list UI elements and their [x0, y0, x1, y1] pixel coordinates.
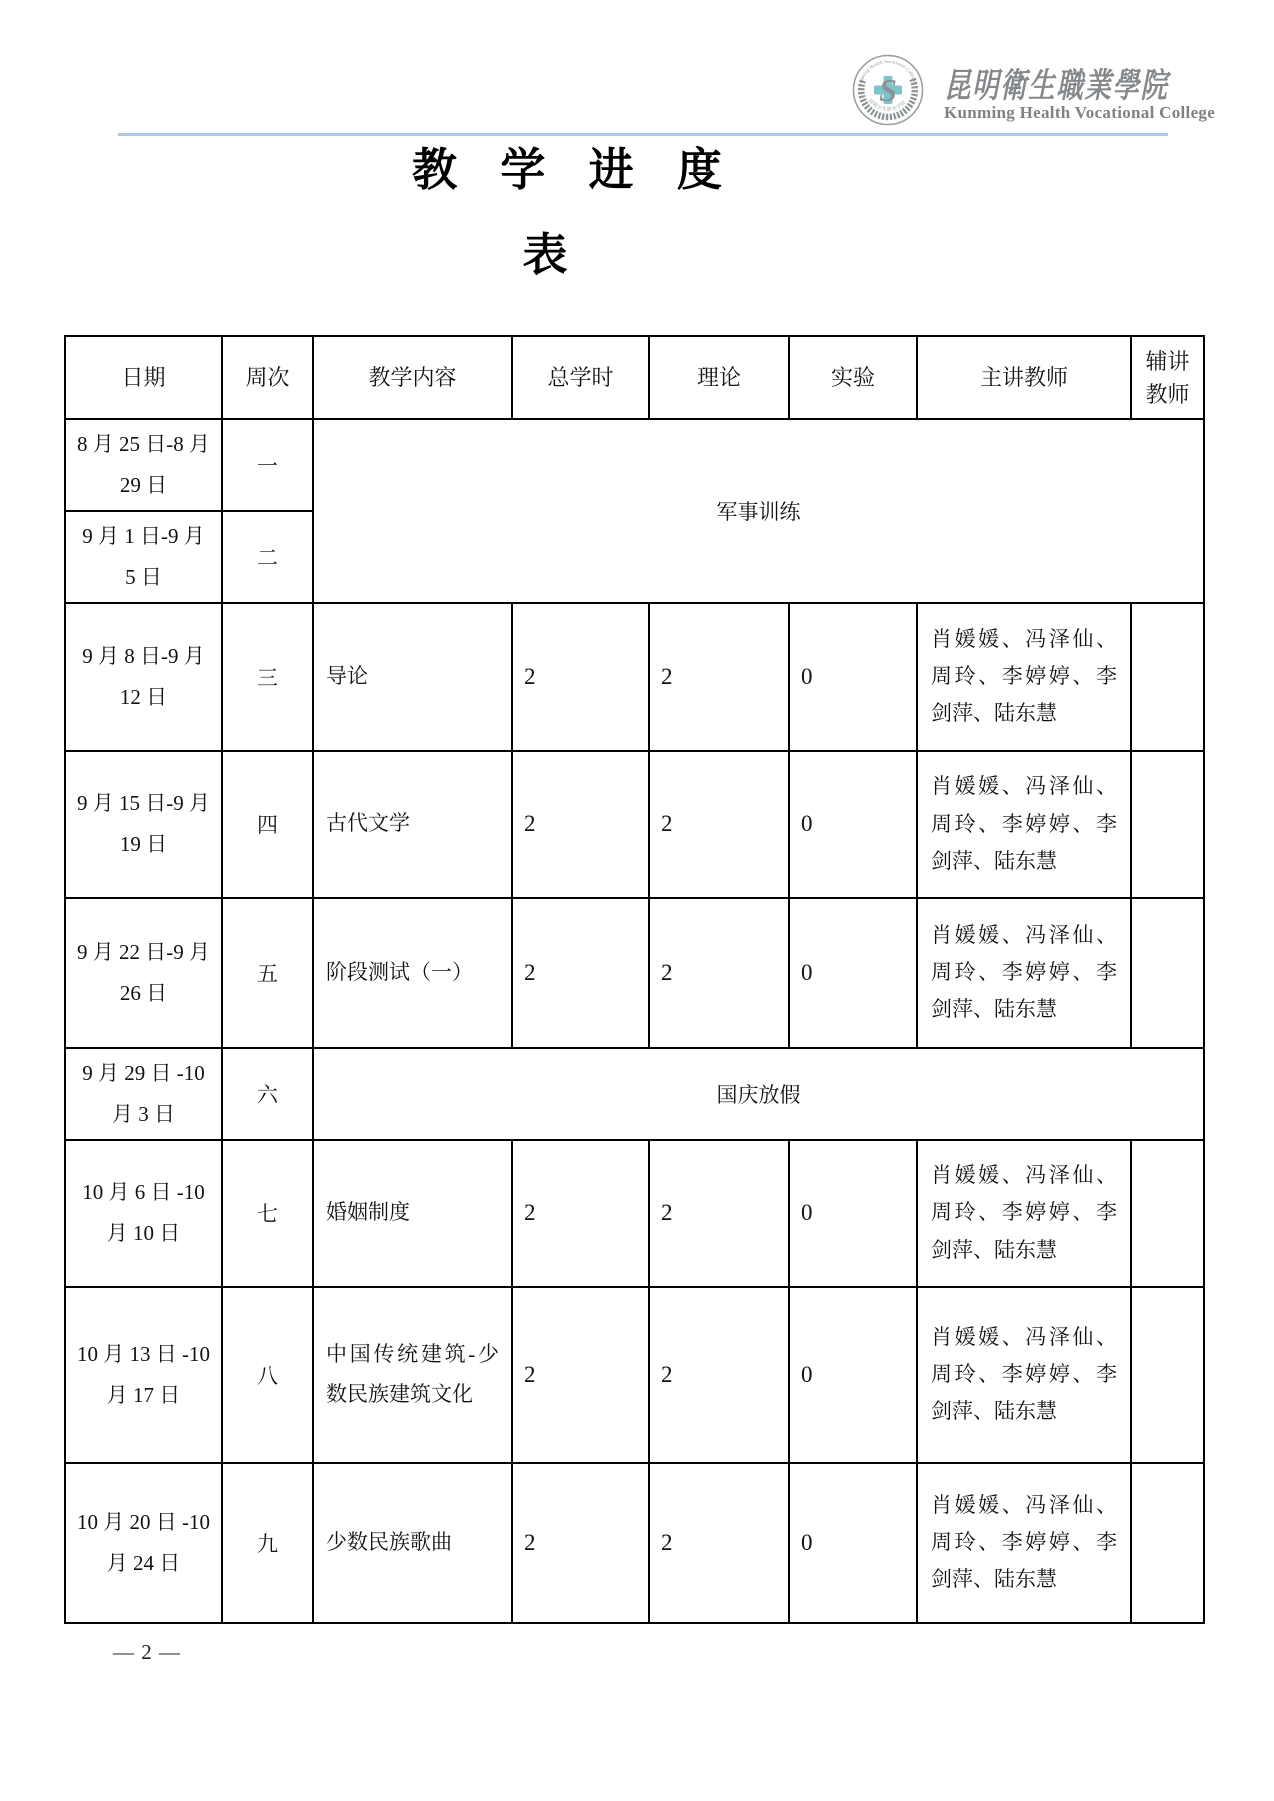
week-cell: 九: [222, 1463, 313, 1623]
page-title-line2: 表: [60, 218, 1030, 283]
college-logo-icon: Kunming Health Vocational College S 昆明卫生…: [852, 54, 924, 126]
date-cell: 9 月 8 日-9 月 12 日: [65, 603, 222, 751]
total-hours-cell: 2: [512, 1140, 649, 1287]
main-teachers-cell: 肖媛媛、冯泽仙、周玲、李婷婷、李剑萍、陆东慧: [917, 751, 1131, 898]
lab-hours-cell: 0: [789, 898, 917, 1048]
main-teachers-cell: 肖媛媛、冯泽仙、周玲、李婷婷、李剑萍、陆东慧: [917, 1140, 1131, 1287]
theory-hours-cell: 2: [649, 603, 789, 751]
content-cell: 少数民族歌曲: [313, 1463, 512, 1623]
content-cell: 中国传统建筑-少数民族建筑文化: [313, 1287, 512, 1463]
main-teachers-cell: 肖媛媛、冯泽仙、周玲、李婷婷、李剑萍、陆东慧: [917, 1287, 1131, 1463]
table-row: 10 月 6 日 -10 月 10 日 七 婚姻制度 2 2 0 肖媛媛、冯泽仙…: [65, 1140, 1204, 1287]
total-hours-cell: 2: [512, 1463, 649, 1623]
page-number: — 2 —: [113, 1640, 181, 1665]
national-holiday-merged-cell: 国庆放假: [313, 1048, 1204, 1140]
assistant-teacher-cell: [1131, 751, 1204, 898]
logo-dragon-s: S: [879, 72, 897, 108]
lab-hours-cell: 0: [789, 1463, 917, 1623]
teaching-schedule-table: 日期 周次 教学内容 总学时 理论 实验 主讲教师 辅讲教师 8 月 25 日-…: [64, 335, 1205, 1624]
content-cell: 古代文学: [313, 751, 512, 898]
table-header-row: 日期 周次 教学内容 总学时 理论 实验 主讲教师 辅讲教师: [65, 336, 1204, 419]
table-row: 10 月 13 日 -10 月 17 日 八 中国传统建筑-少数民族建筑文化 2…: [65, 1287, 1204, 1463]
assistant-teacher-cell: [1131, 898, 1204, 1048]
week-cell: 八: [222, 1287, 313, 1463]
college-name-calligraphy: 昆明衛生職業學院: [944, 58, 1162, 107]
week-cell: 四: [222, 751, 313, 898]
table-row: 9 月 15 日-9 月 19 日 四 古代文学 2 2 0 肖媛媛、冯泽仙、周…: [65, 751, 1204, 898]
total-hours-cell: 2: [512, 898, 649, 1048]
college-name-english: Kunming Health Vocational College: [944, 103, 1244, 123]
date-cell: 10 月 6 日 -10 月 10 日: [65, 1140, 222, 1287]
col-header-lab: 实验: [789, 336, 917, 419]
week-cell: 一: [222, 419, 313, 511]
table-row: 8 月 25 日-8 月 29 日 一 军事训练: [65, 419, 1204, 511]
table-row: 9 月 8 日-9 月 12 日 三 导论 2 2 0 肖媛媛、冯泽仙、周玲、李…: [65, 603, 1204, 751]
col-header-theory: 理论: [649, 336, 789, 419]
date-cell: 10 月 13 日 -10 月 17 日: [65, 1287, 222, 1463]
document-page: Kunming Health Vocational College S 昆明卫生…: [0, 0, 1274, 1801]
week-cell: 二: [222, 511, 313, 603]
table-row: 9 月 22 日-9 月 26 日 五 阶段测试（一） 2 2 0 肖媛媛、冯泽…: [65, 898, 1204, 1048]
lab-hours-cell: 0: [789, 751, 917, 898]
lab-hours-cell: 0: [789, 603, 917, 751]
assistant-teacher-cell: [1131, 1463, 1204, 1623]
date-cell: 8 月 25 日-8 月 29 日: [65, 419, 222, 511]
main-teachers-cell: 肖媛媛、冯泽仙、周玲、李婷婷、李剑萍、陆东慧: [917, 603, 1131, 751]
date-cell: 9 月 1 日-9 月 5 日: [65, 511, 222, 603]
military-training-merged-cell: 军事训练: [313, 419, 1204, 603]
main-teachers-cell: 肖媛媛、冯泽仙、周玲、李婷婷、李剑萍、陆东慧: [917, 898, 1131, 1048]
assistant-teacher-cell: [1131, 603, 1204, 751]
page-title-line1: 教 学 进 度: [60, 133, 1090, 198]
content-cell: 阶段测试（一）: [313, 898, 512, 1048]
week-cell: 六: [222, 1048, 313, 1140]
week-cell: 五: [222, 898, 313, 1048]
week-cell: 三: [222, 603, 313, 751]
lab-hours-cell: 0: [789, 1287, 917, 1463]
assistant-teacher-cell: [1131, 1140, 1204, 1287]
total-hours-cell: 2: [512, 1287, 649, 1463]
lab-hours-cell: 0: [789, 1140, 917, 1287]
table-row: 10 月 20 日 -10 月 24 日 九 少数民族歌曲 2 2 0 肖媛媛、…: [65, 1463, 1204, 1623]
col-header-assistant-teacher: 辅讲教师: [1131, 336, 1204, 419]
col-header-week: 周次: [222, 336, 313, 419]
theory-hours-cell: 2: [649, 1463, 789, 1623]
date-cell: 9 月 15 日-9 月 19 日: [65, 751, 222, 898]
col-header-date: 日期: [65, 336, 222, 419]
date-cell: 10 月 20 日 -10 月 24 日: [65, 1463, 222, 1623]
col-header-content: 教学内容: [313, 336, 512, 419]
main-teachers-cell: 肖媛媛、冯泽仙、周玲、李婷婷、李剑萍、陆东慧: [917, 1463, 1131, 1623]
date-cell: 9 月 22 日-9 月 26 日: [65, 898, 222, 1048]
table-row: 9 月 29 日 -10 月 3 日 六 国庆放假: [65, 1048, 1204, 1140]
theory-hours-cell: 2: [649, 751, 789, 898]
col-header-total-hours: 总学时: [512, 336, 649, 419]
assistant-teacher-cell: [1131, 1287, 1204, 1463]
content-cell: 导论: [313, 603, 512, 751]
content-cell: 婚姻制度: [313, 1140, 512, 1287]
theory-hours-cell: 2: [649, 1140, 789, 1287]
total-hours-cell: 2: [512, 603, 649, 751]
week-cell: 七: [222, 1140, 313, 1287]
col-header-main-teacher: 主讲教师: [917, 336, 1131, 419]
total-hours-cell: 2: [512, 751, 649, 898]
theory-hours-cell: 2: [649, 898, 789, 1048]
theory-hours-cell: 2: [649, 1287, 789, 1463]
date-cell: 9 月 29 日 -10 月 3 日: [65, 1048, 222, 1140]
